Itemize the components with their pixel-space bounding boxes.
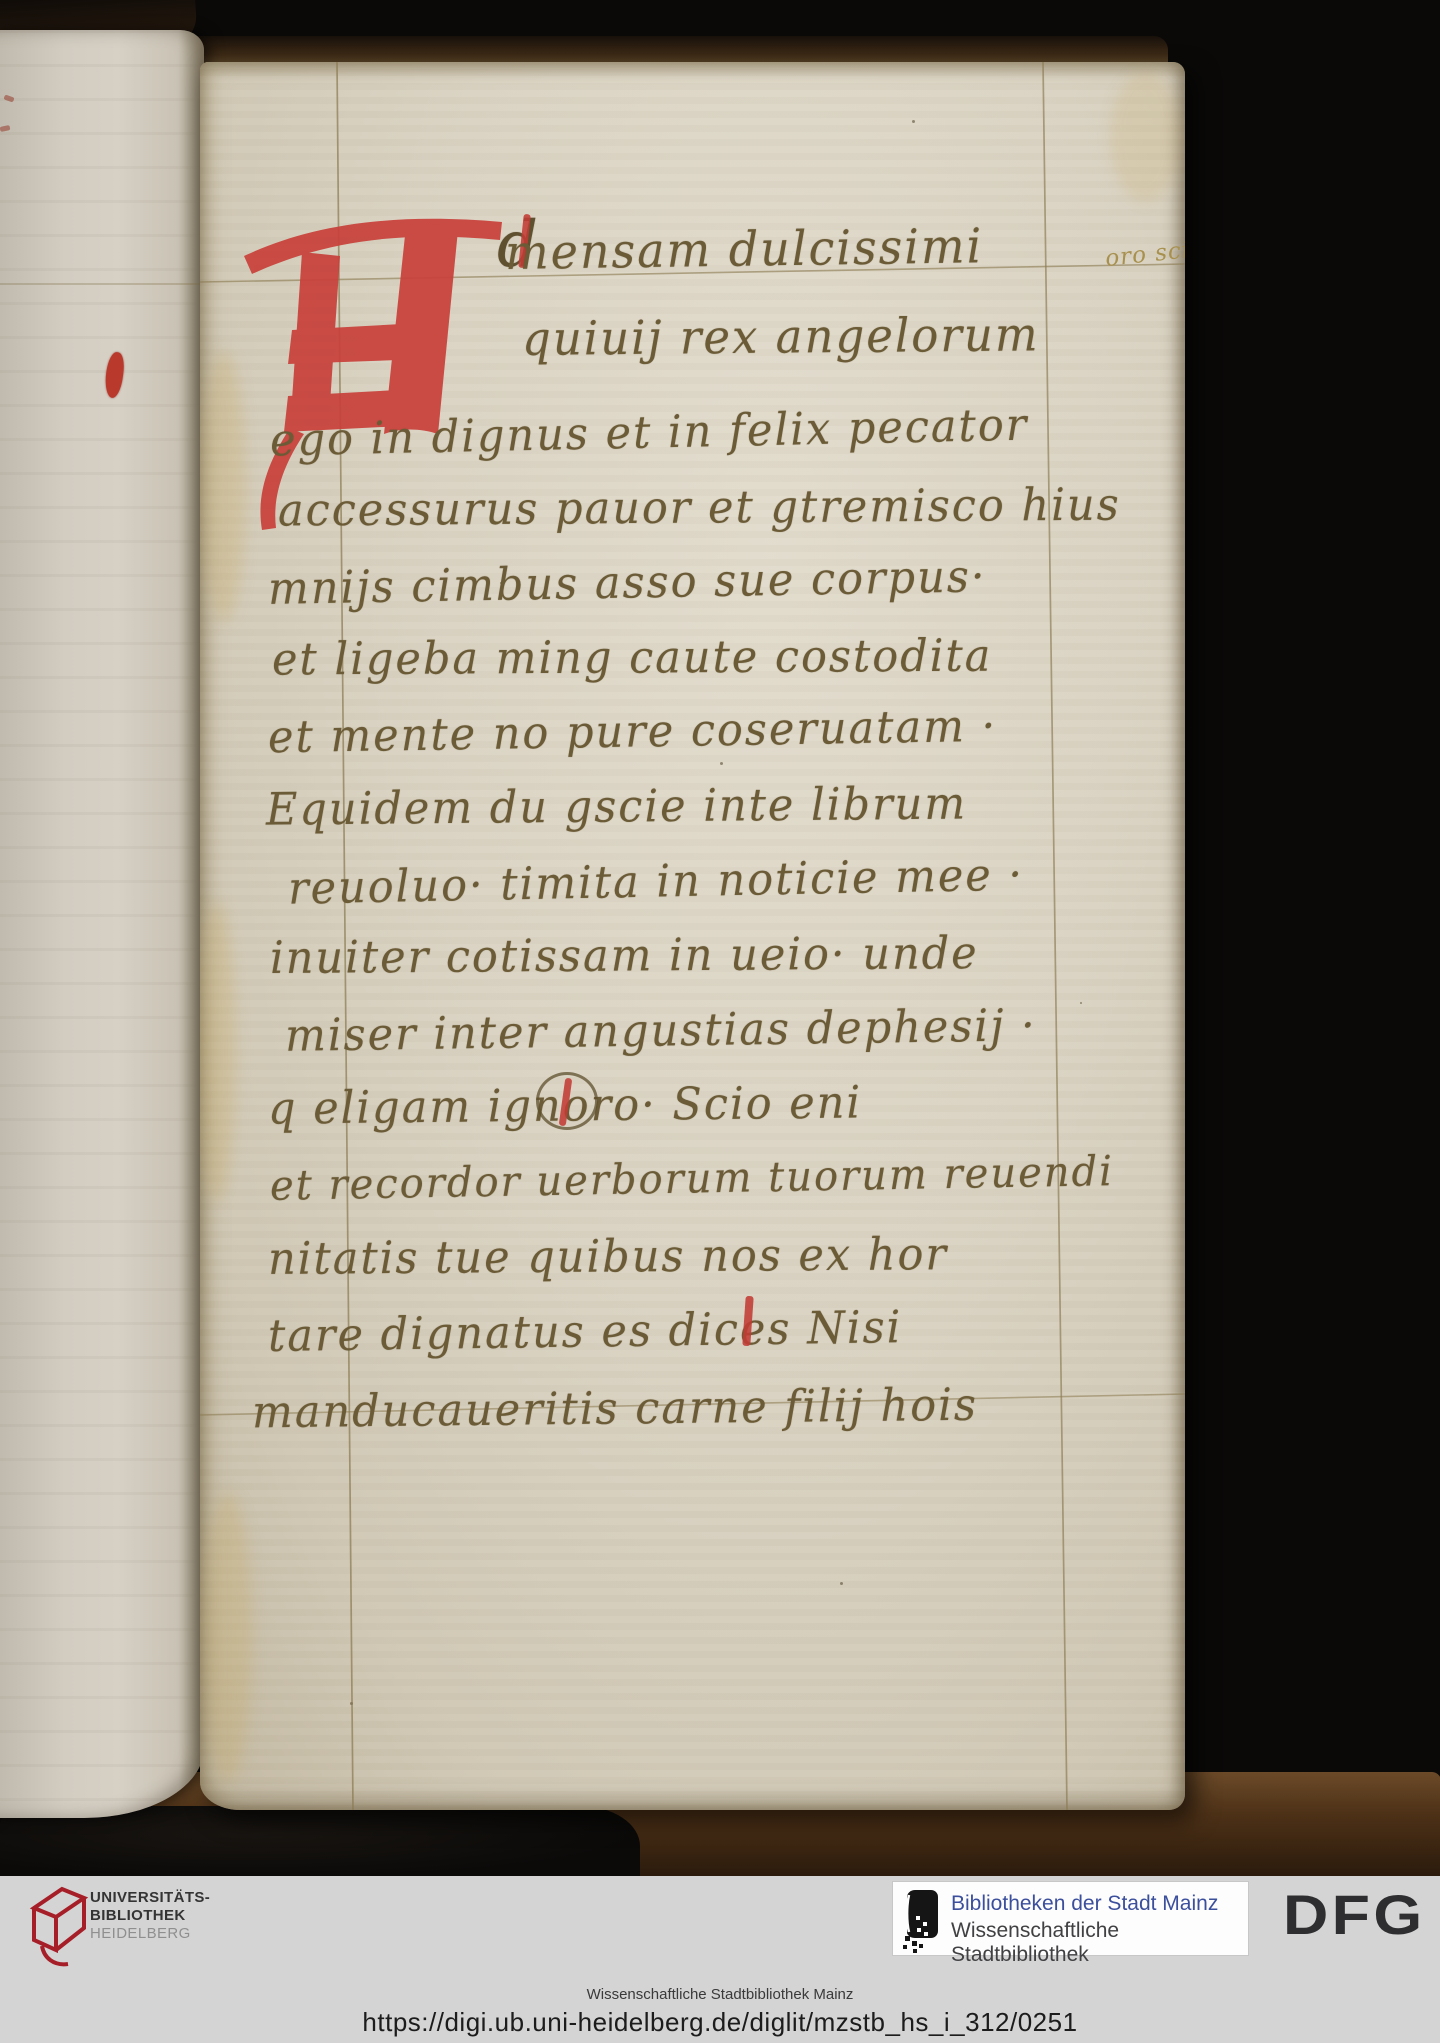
ub-heidelberg-logo-text: UNIVERSITÄTS- BIBLIOTHEK HEIDELBERG — [90, 1889, 210, 1943]
digitized-manuscript-scan: A d 125 oro sci absij — [0, 0, 1440, 2043]
facing-page-edge — [0, 30, 204, 1818]
manuscript-line: inuiter cotissam in ueio· unde — [270, 928, 979, 985]
mainz-library-badge: Bibliotheken der Stadt Mainz Wissenschaf… — [893, 1882, 1248, 1955]
mainz-badge-subtitle: Wissenschaftliche Stadtbibliothek — [951, 1919, 1248, 1967]
initial-letter-shape — [238, 182, 508, 534]
rubricated-initial-A: A — [238, 182, 508, 534]
manuscript-line: miser inter angustias dephesij · — [285, 1000, 1037, 1062]
photo-area: A d 125 oro sci absij — [0, 0, 1440, 1876]
ub-logo-line2: BIBLIOTHEK — [90, 1907, 210, 1925]
manuscript-line: Equidem du gscie inte librum — [266, 778, 968, 836]
manuscript-line: accessurus pauor et gtremisco hius — [278, 479, 1121, 537]
manuscript-line: nitatis tue quibus nos ex hor — [268, 1229, 948, 1286]
bleedthrough-streaks — [0, 30, 204, 1818]
footer-url: https://digi.ub.uni-heidelberg.de/diglit… — [0, 2007, 1440, 2038]
ub-logo-line3: HEIDELBERG — [90, 1925, 210, 1943]
footer-bar: UNIVERSITÄTS- BIBLIOTHEK HEIDELBERG — [0, 1876, 1440, 2043]
mainz-badge-title: Bibliotheken der Stadt Mainz — [951, 1892, 1218, 1916]
facing-ruled-line — [0, 283, 204, 285]
manuscript-line: mensam dulcissimi — [505, 218, 984, 281]
ub-logo-line1: UNIVERSITÄTS- — [90, 1889, 210, 1907]
manuscript-line: manducaueritis carne filij hois — [252, 1379, 978, 1439]
footer-caption: Wissenschaftliche Stadtbibliothek Mainz — [0, 1986, 1440, 2003]
manuscript-line: quiuij rex angelorum — [522, 307, 1040, 367]
dfg-logo: DFG — [1283, 1882, 1425, 1947]
manuscript-line: et ligeba ming caute costodita — [272, 630, 993, 686]
mainz-book-icon — [901, 1888, 945, 1954]
manuscript-line: tare dignatus es dices Nisi — [268, 1302, 903, 1363]
manuscript-page: A d 125 oro sci absij — [200, 62, 1185, 1810]
